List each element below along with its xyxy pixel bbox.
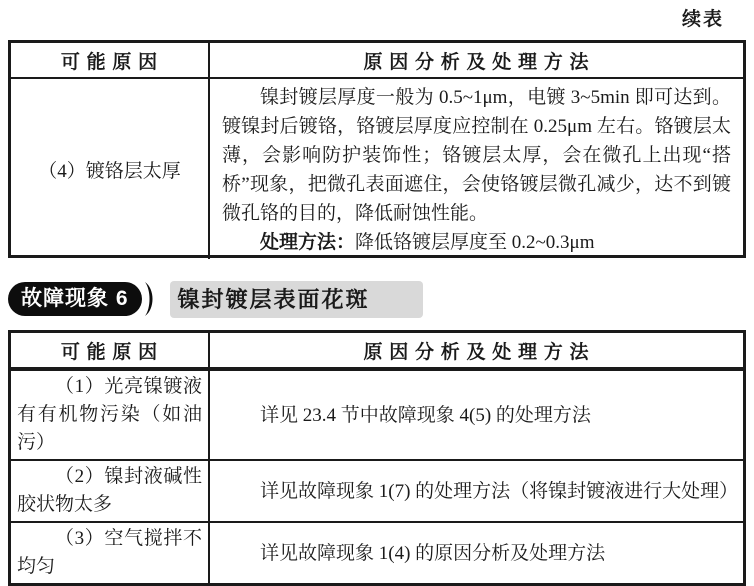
fault-table-6: 可 能 原 因 原 因 分 析 及 处 理 方 法 （1）光亮镍镀液有有机物污染…: [8, 330, 746, 586]
table-row: （3）空气搅拌不均匀 详见故障现象 1(4) 的原因分析及处理方法: [11, 521, 743, 583]
fault-table-continued: 可 能 原 因 原 因 分 析 及 处 理 方 法 （4）镀铬层太厚 镍封镀层厚…: [8, 40, 746, 258]
table-header-row: 可 能 原 因 原 因 分 析 及 处 理 方 法: [11, 333, 743, 369]
table-row: （1）光亮镍镀液有有机物污染（如油污） 详见 23.4 节中故障现象 4(5) …: [11, 369, 743, 459]
continuation-note: 续表: [682, 4, 724, 31]
table-header-row: 可 能 原 因 原 因 分 析 及 处 理 方 法: [11, 43, 743, 79]
analysis-paragraph: 镍封镀层厚度一般为 0.5~1μm，电镀 3~5min 即可达到。镀镍封后镀铬，…: [222, 83, 731, 228]
cause-cell: （2）镍封液碱性胶状物太多: [11, 461, 210, 521]
treatment-paragraph: 处理方法：降低铬镀层厚度至 0.2~0.3μm: [222, 228, 731, 257]
fault-number-badge: 故障现象 6: [8, 282, 142, 316]
cause-text: （2）镍封液碱性胶状物太多: [17, 463, 202, 519]
analysis-text: 详见故障现象 1(4) 的原因分析及处理方法: [222, 539, 731, 568]
analysis-cell: 镍封镀层厚度一般为 0.5~1μm，电镀 3~5min 即可达到。镀镍封后镀铬，…: [210, 79, 743, 259]
analysis-text: 详见 23.4 节中故障现象 4(5) 的处理方法: [222, 401, 731, 430]
analysis-cell: 详见故障现象 1(7) 的处理方法（将镍封镀液进行大处理）: [210, 461, 743, 521]
treatment-text: 降低铬镀层厚度至 0.2~0.3μm: [355, 232, 595, 253]
fault-heading: 故障现象 6 镍封镀层表面花斑: [8, 280, 423, 318]
analysis-text: 详见故障现象 1(7) 的处理方法（将镍封镀液进行大处理）: [222, 477, 731, 506]
treatment-label: 处理方法：: [260, 232, 355, 253]
fault-title: 镍封镀层表面花斑: [170, 281, 423, 318]
badge-tail-crescent-icon: [144, 281, 158, 317]
cause-text: （3）空气搅拌不均匀: [17, 525, 202, 581]
header-cell-analysis: 原 因 分 析 及 处 理 方 法: [210, 333, 743, 367]
header-cell-cause: 可 能 原 因: [11, 43, 210, 77]
analysis-cell: 详见 23.4 节中故障现象 4(5) 的处理方法: [210, 371, 743, 459]
cause-cell: （3）空气搅拌不均匀: [11, 523, 210, 583]
cause-cell: （1）光亮镍镀液有有机物污染（如油污）: [11, 371, 210, 459]
analysis-cell: 详见故障现象 1(4) 的原因分析及处理方法: [210, 523, 743, 583]
cause-text: （1）光亮镍镀液有有机物污染（如油污）: [17, 373, 202, 457]
cause-cell: （4）镀铬层太厚: [11, 79, 210, 259]
header-cell-analysis: 原 因 分 析 及 处 理 方 法: [210, 43, 743, 77]
table-row: （2）镍封液碱性胶状物太多 详见故障现象 1(7) 的处理方法（将镍封镀液进行大…: [11, 459, 743, 521]
table-row: （4）镀铬层太厚 镍封镀层厚度一般为 0.5~1μm，电镀 3~5min 即可达…: [11, 79, 743, 259]
header-cell-cause: 可 能 原 因: [11, 333, 210, 367]
